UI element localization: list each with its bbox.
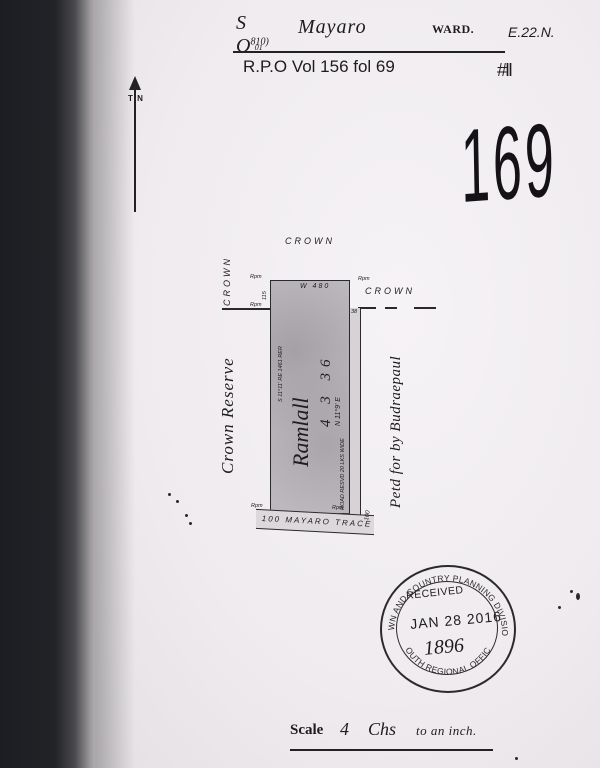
ward-name: Mayaro [298, 16, 367, 39]
north-label: T N [128, 94, 144, 103]
parcel-owner: Ramlall [288, 397, 314, 467]
west-side-bearing: S 11°11' RE 1461 RER [278, 346, 284, 402]
crown-reserve-label: Crown Reserve [218, 357, 238, 474]
ink-speck [189, 522, 192, 525]
corner-ne-label: Rpm [358, 276, 370, 282]
corner-nw-label: Rpm [250, 274, 262, 280]
registry-reference: R.P.O Vol 156 fol 69 [243, 57, 395, 77]
ink-speck [570, 590, 573, 593]
ink-speck [168, 493, 171, 496]
file-number: 169 [460, 101, 558, 227]
east-boundary-line-3 [414, 307, 436, 309]
east-side-bearing: N 11°9' E [335, 397, 342, 426]
top-left-dimension: 115 [262, 291, 268, 300]
corner-w-label: Rpm [250, 302, 262, 308]
road-reserve-label: ROAD RESVD 20 LKS WIDE [340, 438, 346, 510]
north-arrow-icon [129, 76, 141, 90]
ink-speck [576, 593, 580, 600]
corner-mark: #II [497, 60, 511, 81]
scale-suffix: to an inch. [416, 723, 477, 739]
petition-note: Petd for by Budraepaul [388, 356, 405, 508]
ink-speck [558, 606, 561, 609]
boundary-east: CROWN [365, 286, 415, 296]
west-boundary-line [222, 308, 270, 310]
ink-speck [515, 757, 518, 760]
header-rule [233, 51, 505, 53]
scale-value: 4 [340, 719, 349, 740]
boundary-north: CROWN [285, 236, 335, 246]
corner-sw-label: Rpm [251, 503, 263, 509]
scale-label: Scale [290, 722, 323, 739]
received-stamp: TOWN AND COUNTRY PLANNING DIVISION SOUTH… [380, 565, 516, 693]
scale-unit: Chs [368, 719, 396, 740]
parcel-area: 4 3 36 [318, 354, 335, 428]
east-boundary-line-2 [385, 307, 397, 309]
scan-shadow [0, 0, 105, 768]
right-dimension: 38 [351, 309, 357, 315]
north-side-dimension: W 480 [300, 283, 330, 290]
boundary-west: CROWN [222, 256, 232, 306]
stamp-handwritten-number: 1896 [423, 634, 465, 660]
scale-rule [290, 749, 493, 751]
sheet-reference: E.22.N. [508, 24, 555, 40]
ink-speck [176, 500, 179, 503]
ward-label: WARD. [432, 22, 474, 37]
ink-speck [185, 514, 188, 517]
road-reserve-strip [349, 308, 361, 519]
